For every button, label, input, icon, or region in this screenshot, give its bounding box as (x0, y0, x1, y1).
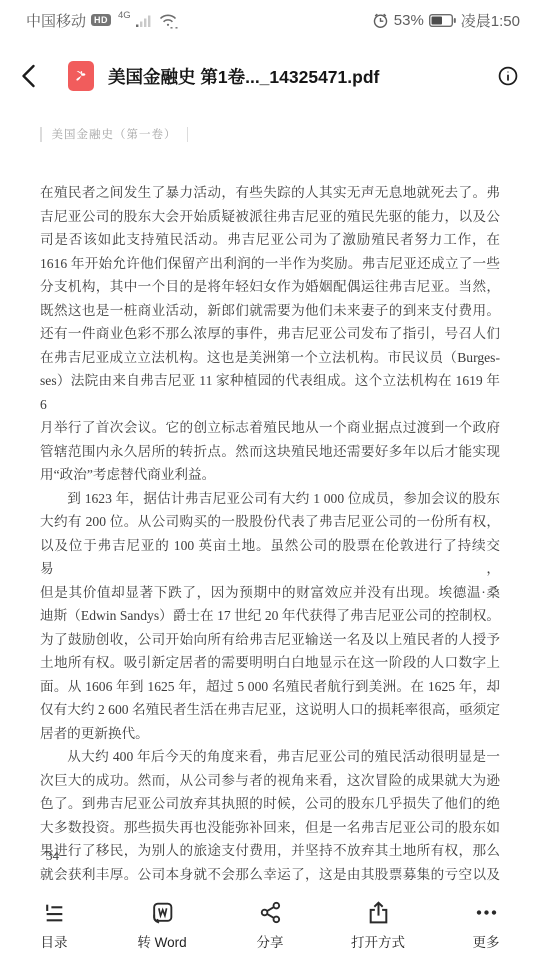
toolbar-item-to-word[interactable]: 转 Word (108, 899, 216, 951)
running-header: 美国金融史（第一卷） (40, 126, 188, 142)
document-text-line: 在殖民者之间发生了暴力活动，有些失踪的人其实无声无息地就死去了。弗 (40, 181, 500, 205)
alarm-icon (372, 12, 389, 29)
running-header-rule-left (40, 127, 42, 142)
document-text-line: 为了鼓励创收，公司开始向所有给弗吉尼亚输送一名及以上殖民者的人授予 (40, 628, 500, 652)
document-text-line: 色了。到弗吉尼亚公司放弃其执照的时候，公司的股东几乎损失了他们的绝 (40, 792, 500, 816)
bottom-toolbar: 目录 转 Word 分享 打开方式 (0, 890, 540, 960)
page-number: 34 (46, 848, 59, 864)
document-text-line: 次巨大的成功。然而，从公司参与者的视角来看，这次冒险的成果就大为逊 (40, 769, 500, 793)
running-header-rule-right (187, 127, 189, 142)
hd-badge: HD (91, 14, 111, 26)
network-type-label: 4G (118, 10, 131, 21)
toolbar-item-toc[interactable]: 目录 (0, 899, 108, 951)
document-text-line: ses）法院由来自弗吉尼亚 11 家种植园的代表组成。这个立法机构在 1619 … (40, 369, 500, 416)
app-header: 美国金融史 第1卷..._14325471.pdf (0, 52, 540, 100)
carrier-label: 中国移动 (26, 10, 86, 31)
info-button[interactable] (496, 64, 520, 88)
clock-time-label: 凌晨1:50 (461, 10, 520, 31)
toolbar-item-open-with[interactable]: 打开方式 (324, 899, 432, 951)
open-with-icon (365, 899, 391, 925)
document-text-line: 月举行了首次会议。它的创立标志着殖民地从一个商业据点过渡到一个政府 (40, 416, 500, 440)
document-page[interactable]: 美国金融史（第一卷） 在殖民者之间发生了暴力活动，有些失踪的人其实无声无息地就死… (0, 100, 540, 888)
status-bar: 中国移动 HD 4G (0, 0, 540, 40)
running-header-text: 美国金融史（第一卷） (52, 126, 177, 142)
document-text-line: 仅有大约 2 600 名殖民者生活在弗吉尼亚，这说明人口的损耗率很高，亟须定 (40, 698, 500, 722)
document-text-line: 大约有 200 位。从公司购买的一股股份代表了弗吉尼亚公司的一份所有权， (40, 510, 500, 534)
document-text-line: 从大约 400 年后今天的角度来看，弗吉尼亚公司的殖民活动很明显是一 (40, 745, 500, 769)
back-button[interactable] (20, 61, 46, 91)
document-text-line: 吉尼亚公司的股东大会开始质疑被派往弗吉尼亚的殖民先驱的能力，以及公 (40, 205, 500, 229)
pdf-file-icon (68, 61, 94, 91)
document-text-line: 以及位于弗吉尼亚的 100 英亩土地。虽然公司的股票在伦敦进行了持续交易， (40, 534, 500, 581)
document-text-line: 土地所有权。吸引新定居者的需要明明白白地显示在这一阶段的人口数字上 (40, 651, 500, 675)
document-text-line: 管辖范围内永久居所的转折点。然而这块殖民地还需要好多年以后才能实现 (40, 440, 500, 464)
more-icon (473, 899, 499, 925)
signal-strength-icon (136, 13, 153, 28)
toc-icon (41, 899, 67, 925)
toolbar-item-more[interactable]: 更多 (432, 899, 540, 951)
pdf-reader-screen: 中国移动 HD 4G (0, 0, 540, 960)
document-text-line: 分支机构，其中一个目的是将年轻妇女作为婚姻配偶运往弗吉尼亚。当然， (40, 275, 500, 299)
document-text-line: 用“政治”考虑替代商业利益。 (40, 463, 500, 487)
document-text-line: 居者的更新换代。 (40, 722, 500, 746)
document-text-line: 到 1623 年，据估计弗吉尼亚公司有大约 1 000 位成员，参加会议的股东 (40, 487, 500, 511)
document-text-line: 果进行了移民，为别人的旅途支付费用，并坚持不放弃其土地所有权，那么 (40, 839, 500, 863)
wifi-icon (158, 12, 178, 29)
battery-percent-label: 53% (394, 12, 424, 29)
document-text-line: 既然这也是一桩商业活动，新郎们就需要为他们未来妻子的到来支付费用。 (40, 299, 500, 323)
document-text-line: 面。从 1606 年到 1625 年，超过 5 000 名殖民者航行到美洲。在 … (40, 675, 500, 699)
document-text-line: 还有一件商业色彩不那么浓厚的事件，弗吉尼亚公司发布了指引，号召人们 (40, 322, 500, 346)
word-convert-icon (149, 899, 175, 925)
document-text-line: 大多数投资。那些损失再也没能弥补回来，但是一名弗吉尼亚公司的股东如 (40, 816, 500, 840)
document-text-line: 就会获利丰厚。公司本身就不会那么幸运了，这是由其股票募集的亏空以及 (40, 863, 500, 887)
document-text-line: 但是其价值却显著下跌了，因为预期中的财富效应并没有出现。埃德温·桑 (40, 581, 500, 605)
document-text-line: 迪斯（Edwin Sandys）爵士在 17 世纪 20 年代获得了弗吉尼亚公司… (40, 604, 500, 628)
document-title: 美国金融史 第1卷..._14325471.pdf (108, 64, 486, 89)
document-text-line: 司是否该如此支持殖民活动。弗吉尼亚公司为了激励殖民者努力工作，在 (40, 228, 500, 252)
document-body-text: 在殖民者之间发生了暴力活动，有些失踪的人其实无声无息地就死去了。弗 吉尼亚公司的… (40, 181, 500, 886)
document-text-line: 在弗吉尼亚成立立法机构。这也是美洲第一个立法机构。市民议员（Burges- (40, 346, 500, 370)
toolbar-item-share[interactable]: 分享 (216, 899, 324, 951)
battery-icon (429, 14, 456, 27)
document-text-line: 1616 年开始允许他们保留产出利润的一半作为奖励。弗吉尼亚还成立了一些 (40, 252, 500, 276)
share-icon (257, 899, 283, 925)
